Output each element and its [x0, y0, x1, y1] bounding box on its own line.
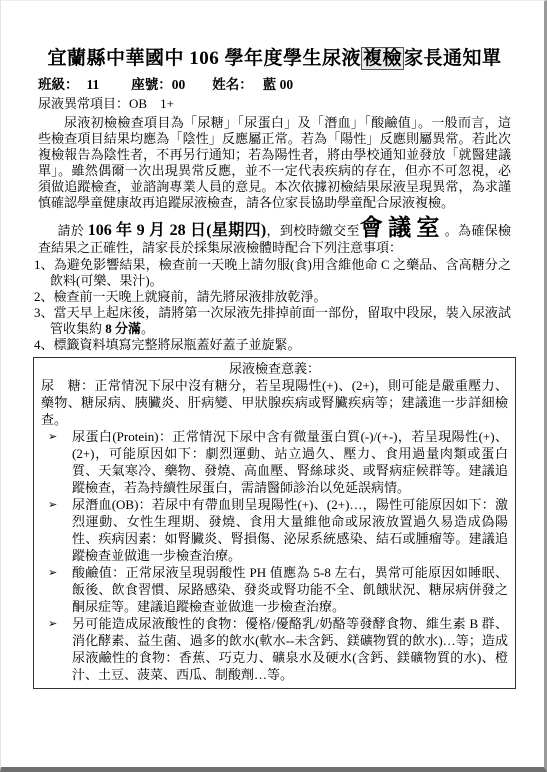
note-1-text: 為避免影響結果，檢查前一天晚上請勿服(食)用含維他命 C 之藥品、含高糖分之飲料…: [50, 257, 511, 288]
bullet-ph-value: ➢酸鹼值：正常尿液呈現弱酸性 PH 值應為 5-8 左右，異常可能原因如睡眠、飯…: [41, 564, 508, 615]
student-info-row: 班級：11座號：00姓名：藍 00: [38, 76, 511, 93]
bullet-protein: ➢尿蛋白(Protein)：正常情況下尿中含有微量蛋白質(-)/(+-)，若呈現…: [41, 428, 508, 496]
submit-prefix: 請於: [58, 223, 88, 238]
bullet-occult-blood-text: 尿潛血(OB)：若尿中有帶血則呈現陽性(+)、(2+)…，陽性可能原因如下：激烈…: [72, 497, 508, 563]
note-4-number: 4、: [34, 337, 54, 352]
arrow-bullet-icon: ➢: [48, 565, 57, 582]
bullet-occult-blood: ➢尿潛血(OB)：若尿中有帶血則呈現陽性(+)、(2+)…，陽性可能原因如下：激…: [41, 496, 508, 564]
name-value: 藍 00: [263, 77, 293, 92]
note-3-text-bold: 8 分滿: [105, 321, 141, 336]
submit-date: 106 年 9 月 28 日(星期四): [88, 222, 266, 239]
seat-value: 00: [172, 77, 186, 92]
note-2-number: 2、: [34, 289, 54, 304]
title-suffix: 家長通知單: [404, 48, 502, 69]
intro-paragraph: 尿液初檢檢查項目為「尿糖」「尿蛋白」及「潛血」「酸鹼值」。一般而言，這些檢查項目…: [38, 115, 511, 211]
class-label: 班級：: [38, 77, 79, 92]
bullet-acid-alkali-foods-text: 另可能造成尿液酸性的食物：優格/優酪乳/奶酪等發酵食物、維生素 B 群、消化酵素…: [72, 616, 508, 682]
note-item-1: 1、為避免影響結果，檢查前一天晚上請勿服(食)用含維他命 C 之藥品、含高糖分之…: [34, 257, 511, 289]
submit-middle: ，到校時繳交至: [266, 223, 360, 238]
meaning-bullet-list: ➢尿蛋白(Protein)：正常情況下尿中含有微量蛋白質(-)/(+-)，若呈現…: [41, 428, 508, 683]
seat-label: 座號：: [131, 77, 172, 92]
submit-room: 會議室: [360, 215, 445, 240]
note-item-3: 3、當天早上起床後，請將第一次尿液先排掉前面一部份，留取中段尿，裝入尿液試管收集…: [34, 305, 511, 337]
note-3-text-post: 。: [141, 321, 154, 336]
collection-notes-list: 1、為避免影響結果，檢查前一天晚上請勿服(食)用含維他命 C 之藥品、含高糖分之…: [34, 257, 511, 353]
note-item-4: 4、標籤資料填寫完整將尿瓶蓋好蓋子並旋緊。: [34, 337, 511, 353]
class-value: 11: [87, 77, 100, 92]
note-3-number: 3、: [34, 305, 54, 320]
page-title: 宜蘭縣中華國中 106 學年度學生尿液複檢家長通知單: [38, 47, 511, 71]
test-meaning-box: 尿液檢查意義： 尿 糖：正常情況下尿中沒有糖分，若呈現陽性(+)、(2+)，則可…: [33, 357, 516, 689]
bullet-protein-text: 尿蛋白(Protein)：正常情況下尿中含有微量蛋白質(-)/(+-)，若呈現陽…: [72, 429, 508, 495]
submit-instruction: 請於 106 年 9 月 28 日(星期四)，到校時繳交至會議室。為確保檢查結果…: [38, 216, 511, 256]
note-2-text: 檢查前一天晚上就寢前，請先將尿液排放乾淨。: [54, 289, 327, 304]
abnormal-value: OB 1+: [129, 96, 174, 111]
urine-sugar-paragraph: 尿 糖：正常情況下尿中沒有糖分，若呈現陽性(+)、(2+)，則可能是嚴重壓力、藥…: [41, 377, 508, 428]
bullet-ph-value-text: 酸鹼值：正常尿液呈現弱酸性 PH 值應為 5-8 左右，異常可能原因如睡眠、飯後…: [72, 565, 508, 614]
name-label: 姓名：: [212, 77, 253, 92]
note-4-text: 標籤資料填寫完整將尿瓶蓋好蓋子並旋緊。: [54, 337, 301, 352]
abnormal-label: 尿液異常項目：: [38, 96, 129, 111]
title-boxed-term: 複檢: [361, 47, 404, 70]
arrow-bullet-icon: ➢: [48, 497, 57, 514]
note-item-2: 2、檢查前一天晚上就寢前，請先將尿液排放乾淨。: [34, 289, 511, 305]
meaning-box-title: 尿液檢查意義：: [41, 360, 508, 377]
arrow-bullet-icon: ➢: [48, 616, 57, 633]
abnormal-items-row: 尿液異常項目：OB 1+: [38, 95, 511, 112]
note-1-number: 1、: [34, 257, 54, 272]
arrow-bullet-icon: ➢: [48, 429, 57, 446]
notice-page: 宜蘭縣中華國中 106 學年度學生尿液複檢家長通知單 班級：11座號：00姓名：…: [0, 0, 547, 772]
title-prefix: 宜蘭縣中華國中 106 學年度學生尿液: [47, 48, 361, 69]
bullet-acid-alkali-foods: ➢另可能造成尿液酸性的食物：優格/優酪乳/奶酪等發酵食物、維生素 B 群、消化酵…: [41, 615, 508, 683]
